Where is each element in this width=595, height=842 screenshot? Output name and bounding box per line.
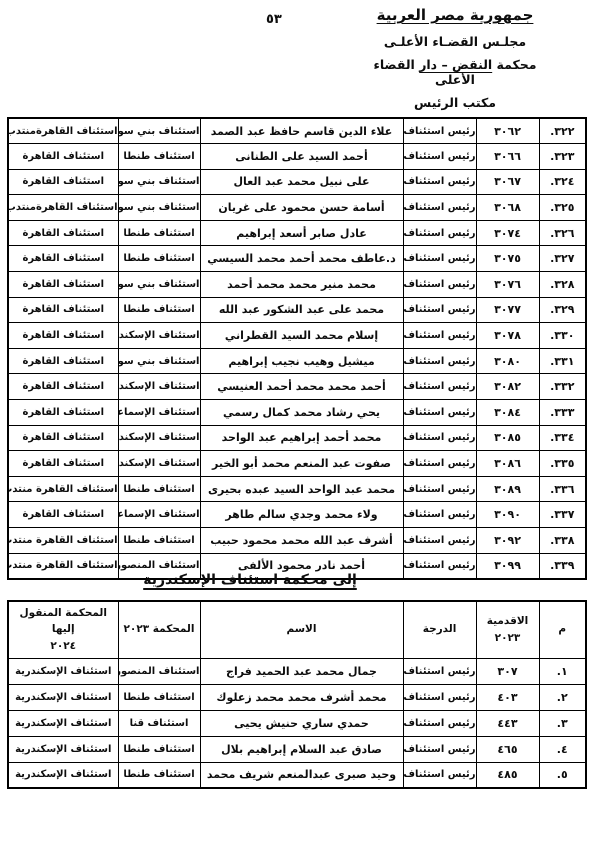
- name-cell: د.عاطف محمد أحمد محمد السيسي: [200, 246, 403, 272]
- header-number: م: [539, 601, 586, 658]
- row-number-cell: ٣٣٧.: [539, 502, 586, 528]
- seniority-cell: ٤٤٣: [476, 710, 539, 736]
- grade-cell: رئيس استئناف: [403, 502, 476, 528]
- grade-cell: رئيس استئناف: [403, 451, 476, 477]
- grade-cell: رئيس استئناف: [403, 736, 476, 762]
- row-number-cell: ٣٢٩.: [539, 297, 586, 323]
- seniority-cell: ٣٠٨٠: [476, 348, 539, 374]
- table-row: ٣٣٧. ٣٠٩٠ رئيس استئناف ولاء محمد وجدي سا…: [8, 502, 586, 528]
- row-number-cell: ٣٣٨.: [539, 528, 586, 554]
- row-number-cell: ٣٣١.: [539, 348, 586, 374]
- court-2023-cell: استئناف بني سويف: [118, 169, 200, 195]
- grade-cell: رئيس استئناف: [403, 272, 476, 298]
- grade-cell: رئيس استئناف: [403, 528, 476, 554]
- court-2024-cell: استئناف القاهرة: [8, 502, 118, 528]
- document-page: { "page": { "number": "٥٣" }, "header": …: [0, 0, 595, 842]
- seniority-cell: ٣٠٧٥: [476, 246, 539, 272]
- court-2024-cell: استئناف القاهرةمنتدب: [8, 195, 118, 221]
- table-row: ٣. ٤٤٣ رئيس استئناف حمدي ساري حنيش يحيى …: [8, 710, 586, 736]
- seniority-cell: ٣٠٨٥: [476, 425, 539, 451]
- court-line-prefix: محكمة: [492, 57, 536, 72]
- court-2023-cell: استئناف بني سويف: [118, 118, 200, 144]
- row-number-cell: ٣٢٦.: [539, 220, 586, 246]
- grade-cell: رئيس استئناف: [403, 297, 476, 323]
- grade-cell: رئيس استئناف: [403, 169, 476, 195]
- seniority-cell: ٣٠٦٨: [476, 195, 539, 221]
- alexandria-transfers-header: م الاقدمية ٢٠٢٣ الدرجة الاسم المحكمة ٢٠٢…: [8, 601, 586, 658]
- court-2024-cell: استئناف القاهرة: [8, 323, 118, 349]
- court-2023-cell: استئناف طنطا: [118, 220, 200, 246]
- court-2024-cell: استئناف القاهرة: [8, 297, 118, 323]
- alexandria-section-heading: إلى محكمة استئناف الإسكندرية: [100, 572, 400, 588]
- name-cell: حمدي ساري حنيش يحيى: [200, 710, 403, 736]
- grade-cell: رئيس استئناف: [403, 710, 476, 736]
- name-cell: علاء الدين قاسم حافظ عبد الصمد: [200, 118, 403, 144]
- court-2024-cell: استئناف القاهرة منتدب: [8, 476, 118, 502]
- name-cell: أشرف عبد الله محمد محمود حبيب: [200, 528, 403, 554]
- seniority-cell: ٣٠٦٦: [476, 144, 539, 170]
- court-2023-cell: استئناف طنطا: [118, 246, 200, 272]
- table-row: ٣٢٨. ٣٠٧٦ رئيس استئناف محمد منير محمد مح…: [8, 272, 586, 298]
- grade-cell: رئيس استئناف: [403, 374, 476, 400]
- court-2023-cell: استئناف طنطا: [118, 684, 200, 710]
- page-number: ٥٣: [266, 12, 282, 27]
- name-cell: عادل صابر أسعد إبراهيم: [200, 220, 403, 246]
- court-2024-cell: استئناف القاهرة: [8, 425, 118, 451]
- table-row: ٣٣٤. ٣٠٨٥ رئيس استئناف محمد أحمد إبراهيم…: [8, 425, 586, 451]
- court-line: محكمة النقض – دار القضاء الأعلى: [368, 57, 542, 87]
- row-number-cell: ٤.: [539, 736, 586, 762]
- court-2024-cell: استئناف القاهرة: [8, 348, 118, 374]
- grade-cell: رئيس استئناف: [403, 553, 476, 579]
- alexandria-transfers-body: ١. ٣٠٧ رئيس استئناف جمال محمد عبد الحميد…: [8, 658, 586, 788]
- name-cell: وحيد صبرى عبدالمنعم شريف محمد: [200, 762, 403, 788]
- court-2024-cell: استئناف القاهرة: [8, 374, 118, 400]
- court-2023-cell: استئناف طنطا: [118, 476, 200, 502]
- grade-cell: رئيس استئناف: [403, 400, 476, 426]
- court-2023-cell: استئناف طنطا: [118, 762, 200, 788]
- letterhead: جمهورية مصر العربية مجلـس القضـاء الأعلـ…: [368, 6, 542, 118]
- row-number-cell: ٣٢٨.: [539, 272, 586, 298]
- name-cell: محمد على عبد الشكور عبد الله: [200, 297, 403, 323]
- table-row: ٣٢٢. ٣٠٦٢ رئيس استئناف علاء الدين قاسم ح…: [8, 118, 586, 144]
- court-2023-cell: استئناف بني سويف: [118, 272, 200, 298]
- table-row: ٣٣٨. ٣٠٩٢ رئيس استئناف أشرف عبد الله محم…: [8, 528, 586, 554]
- grade-cell: رئيس استئناف: [403, 476, 476, 502]
- court-2024-cell: استئناف القاهرة: [8, 400, 118, 426]
- grade-cell: رئيس استئناف: [403, 195, 476, 221]
- seniority-cell: ٣٠٩٩: [476, 553, 539, 579]
- grade-cell: رئيس استئناف: [403, 348, 476, 374]
- grade-cell: رئيس استئناف: [403, 425, 476, 451]
- court-2023-cell: استئناف الإسكندرية: [118, 374, 200, 400]
- row-number-cell: ٣.: [539, 710, 586, 736]
- row-number-cell: ١.: [539, 658, 586, 684]
- row-number-cell: ٣٣٥.: [539, 451, 586, 477]
- header-seniority: الاقدمية ٢٠٢٣: [476, 601, 539, 658]
- court-2024-cell: استئناف القاهرة: [8, 144, 118, 170]
- seniority-cell: ٣٠٧٦: [476, 272, 539, 298]
- table-row: ٣٣١. ٣٠٨٠ رئيس استئناف ميشيل وهيب نجيب إ…: [8, 348, 586, 374]
- court-2023-cell: استئناف بني سويف: [118, 348, 200, 374]
- table-row: ١. ٣٠٧ رئيس استئناف جمال محمد عبد الحميد…: [8, 658, 586, 684]
- header-row: م الاقدمية ٢٠٢٣ الدرجة الاسم المحكمة ٢٠٢…: [8, 601, 586, 658]
- court-2023-cell: استئناف قنا: [118, 710, 200, 736]
- table-row: ٣٣٣. ٣٠٨٤ رئيس استئناف يحي رشاد محمد كما…: [8, 400, 586, 426]
- court-2024-cell: استئناف القاهرة: [8, 272, 118, 298]
- row-number-cell: ٣٣٣.: [539, 400, 586, 426]
- row-number-cell: ٣٢٧.: [539, 246, 586, 272]
- name-cell: محمد أشرف محمد محمد زعلوك: [200, 684, 403, 710]
- table-row: ٣٢٥. ٣٠٦٨ رئيس استئناف أسامة حسن محمود ع…: [8, 195, 586, 221]
- table-row: ٣٣٠. ٣٠٧٨ رئيس استئناف إسلام محمد السيد …: [8, 323, 586, 349]
- row-number-cell: ٣٣٢.: [539, 374, 586, 400]
- name-cell: صادق عبد السلام إبراهيم بلال: [200, 736, 403, 762]
- header-court-2024: المحكمة المنقول إليها ٢٠٢٤: [8, 601, 118, 658]
- table-row: ٢. ٤٠٣ رئيس استئناف محمد أشرف محمد محمد …: [8, 684, 586, 710]
- court-2024-cell: استئناف الإسكندرية: [8, 736, 118, 762]
- grade-cell: رئيس استئناف: [403, 144, 476, 170]
- court-2024-cell: استئناف القاهرةمنتدب: [8, 118, 118, 144]
- table-row: ٣٢٧. ٣٠٧٥ رئيس استئناف د.عاطف محمد أحمد …: [8, 246, 586, 272]
- court-2023-cell: استئناف طنطا: [118, 528, 200, 554]
- name-cell: صفوت عبد المنعم محمد أبو الخير: [200, 451, 403, 477]
- table-row: ٤. ٤٦٥ رئيس استئناف صادق عبد السلام إبرا…: [8, 736, 586, 762]
- cairo-transfers-table: ٣٢٢. ٣٠٦٢ رئيس استئناف علاء الدين قاسم ح…: [7, 117, 587, 580]
- grade-cell: رئيس استئناف: [403, 246, 476, 272]
- name-cell: يحي رشاد محمد كمال رسمي: [200, 400, 403, 426]
- seniority-cell: ٣٠٧٧: [476, 297, 539, 323]
- seniority-cell: ٣٠٨٦: [476, 451, 539, 477]
- name-cell: ميشيل وهيب نجيب إبراهيم: [200, 348, 403, 374]
- table-row: ٣٣٦. ٣٠٨٩ رئيس استئناف محمد عبد الواحد ا…: [8, 476, 586, 502]
- court-2024-cell: استئناف القاهرة: [8, 246, 118, 272]
- row-number-cell: ٣٢٢.: [539, 118, 586, 144]
- office-line: مكتب الرئيس: [368, 95, 542, 110]
- court-2024-cell: استئناف القاهرة: [8, 220, 118, 246]
- court-2023-cell: استئناف المنصورة: [118, 658, 200, 684]
- alexandria-transfers-table: م الاقدمية ٢٠٢٣ الدرجة الاسم المحكمة ٢٠٢…: [7, 600, 587, 789]
- seniority-cell: ٤٠٣: [476, 684, 539, 710]
- table-row: ٣٢٦. ٣٠٧٤ رئيس استئناف عادل صابر أسعد إب…: [8, 220, 586, 246]
- header-grade: الدرجة: [403, 601, 476, 658]
- council-line: مجلـس القضـاء الأعلـى: [368, 34, 542, 49]
- court-2023-cell: استئناف الإسكندرية: [118, 425, 200, 451]
- row-number-cell: ٣٣٩.: [539, 553, 586, 579]
- seniority-cell: ٣٠٧٨: [476, 323, 539, 349]
- row-number-cell: ٣٣٤.: [539, 425, 586, 451]
- table-row: ٣٢٣. ٣٠٦٦ رئيس استئناف أحمد السيد على ال…: [8, 144, 586, 170]
- court-2024-cell: استئناف القاهرة منتدب: [8, 528, 118, 554]
- seniority-cell: ٣٠٩٠: [476, 502, 539, 528]
- cairo-transfers-body: ٣٢٢. ٣٠٦٢ رئيس استئناف علاء الدين قاسم ح…: [8, 118, 586, 579]
- grade-cell: رئيس استئناف: [403, 220, 476, 246]
- row-number-cell: ٣٣٠.: [539, 323, 586, 349]
- court-2023-cell: استئناف الإسماعيلية: [118, 502, 200, 528]
- grade-cell: رئيس استئناف: [403, 684, 476, 710]
- court-2023-cell: استئناف الإسماعيلية: [118, 400, 200, 426]
- seniority-cell: ٣٠٧٤: [476, 220, 539, 246]
- seniority-cell: ٣٠٦٢: [476, 118, 539, 144]
- seniority-cell: ٣٠٦٧: [476, 169, 539, 195]
- row-number-cell: ٣٢٤.: [539, 169, 586, 195]
- grade-cell: رئيس استئناف: [403, 323, 476, 349]
- court-2024-cell: استئناف الإسكندرية: [8, 762, 118, 788]
- name-cell: ولاء محمد وجدي سالم طاهر: [200, 502, 403, 528]
- court-2024-cell: استئناف القاهرة: [8, 451, 118, 477]
- court-2023-cell: استئناف طنطا: [118, 144, 200, 170]
- seniority-cell: ٣٠٩٢: [476, 528, 539, 554]
- header-name: الاسم: [200, 601, 403, 658]
- seniority-cell: ٤٦٥: [476, 736, 539, 762]
- row-number-cell: ٣٢٣.: [539, 144, 586, 170]
- seniority-cell: ٣٠٧: [476, 658, 539, 684]
- court-2024-cell: استئناف القاهرة: [8, 169, 118, 195]
- row-number-cell: ٣٣٦.: [539, 476, 586, 502]
- name-cell: أحمد السيد على الطنانى: [200, 144, 403, 170]
- court-2024-cell: استئناف الإسكندرية: [8, 710, 118, 736]
- row-number-cell: ٥.: [539, 762, 586, 788]
- grade-cell: رئيس استئناف: [403, 762, 476, 788]
- court-2024-cell: استئناف الإسكندرية: [8, 658, 118, 684]
- republic-title: جمهورية مصر العربية: [368, 6, 542, 24]
- name-cell: محمد عبد الواحد السيد عبده بحيرى: [200, 476, 403, 502]
- row-number-cell: ٢.: [539, 684, 586, 710]
- court-2023-cell: استئناف الإسكندرية: [118, 451, 200, 477]
- grade-cell: رئيس استئناف: [403, 118, 476, 144]
- court-2023-cell: استئناف طنطا: [118, 736, 200, 762]
- name-cell: إسلام محمد السيد القطراني: [200, 323, 403, 349]
- grade-cell: رئيس استئناف: [403, 658, 476, 684]
- table-row: ٣٢٤. ٣٠٦٧ رئيس استئناف على نبيل محمد عبد…: [8, 169, 586, 195]
- seniority-cell: ٣٠٨٢: [476, 374, 539, 400]
- name-cell: أحمد محمد محمد أحمد العنيسي: [200, 374, 403, 400]
- table-row: ٥. ٤٨٥ رئيس استئناف وحيد صبرى عبدالمنعم …: [8, 762, 586, 788]
- table-row: ٣٢٩. ٣٠٧٧ رئيس استئناف محمد على عبد الشك…: [8, 297, 586, 323]
- table-row: ٣٣٢. ٣٠٨٢ رئيس استئناف أحمد محمد محمد أح…: [8, 374, 586, 400]
- name-cell: على نبيل محمد عبد العال: [200, 169, 403, 195]
- court-2024-cell: استئناف الإسكندرية: [8, 684, 118, 710]
- name-cell: أسامة حسن محمود على غريان: [200, 195, 403, 221]
- seniority-cell: ٣٠٨٩: [476, 476, 539, 502]
- name-cell: محمد أحمد إبراهيم عبد الواحد: [200, 425, 403, 451]
- table-row: ٣٣٥. ٣٠٨٦ رئيس استئناف صفوت عبد المنعم م…: [8, 451, 586, 477]
- court-2023-cell: استئناف الإسكندرية: [118, 323, 200, 349]
- name-cell: محمد منير محمد محمد أحمد: [200, 272, 403, 298]
- row-number-cell: ٣٢٥.: [539, 195, 586, 221]
- seniority-cell: ٤٨٥: [476, 762, 539, 788]
- court-2023-cell: استئناف طنطا: [118, 297, 200, 323]
- header-court-2023: المحكمة ٢٠٢٣: [118, 601, 200, 658]
- court-line-underlined: النقض – دار: [419, 57, 492, 72]
- name-cell: جمال محمد عبد الحميد فراج: [200, 658, 403, 684]
- court-2023-cell: استئناف بني سويف: [118, 195, 200, 221]
- seniority-cell: ٣٠٨٤: [476, 400, 539, 426]
